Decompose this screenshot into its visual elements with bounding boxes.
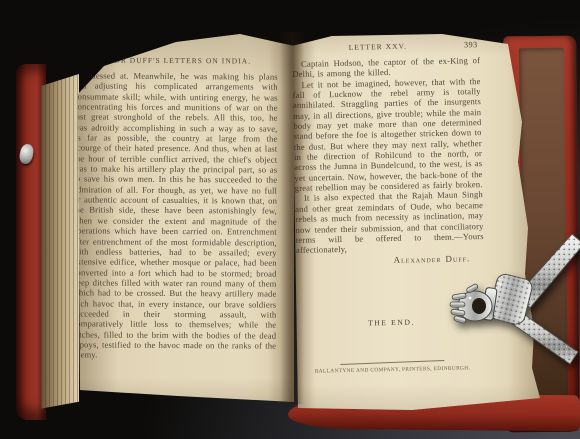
paragraph: Let it not be imagined, however, that wi… (292, 76, 482, 194)
left-page-number: 392 (74, 55, 88, 64)
left-page-content: 392 DR DUFF'S LETTERS ON INDIA. be guess… (72, 55, 278, 361)
imprint-rule (340, 360, 444, 365)
left-running-head: 392 DR DUFF'S LETTERS ON INDIA. (74, 55, 278, 65)
right-page-number: 393 (464, 40, 480, 49)
right-running-head: LETTER XXV. 393 (292, 40, 480, 53)
page-stack-edges (41, 70, 79, 412)
right-running-title: LETTER XXV. (292, 40, 464, 53)
paragraph: be guessed at. Meanwhile, he was making … (72, 70, 278, 361)
left-body-text: be guessed at. Meanwhile, he was making … (72, 70, 278, 361)
photo-background: 392 DR DUFF'S LETTERS ON INDIA. be guess… (0, 0, 580, 439)
left-page: 392 DR DUFF'S LETTERS ON INDIA. be guess… (58, 28, 294, 408)
left-running-title: DR DUFF'S LETTERS ON INDIA. (88, 55, 278, 65)
book-clasp-icon (448, 218, 580, 368)
